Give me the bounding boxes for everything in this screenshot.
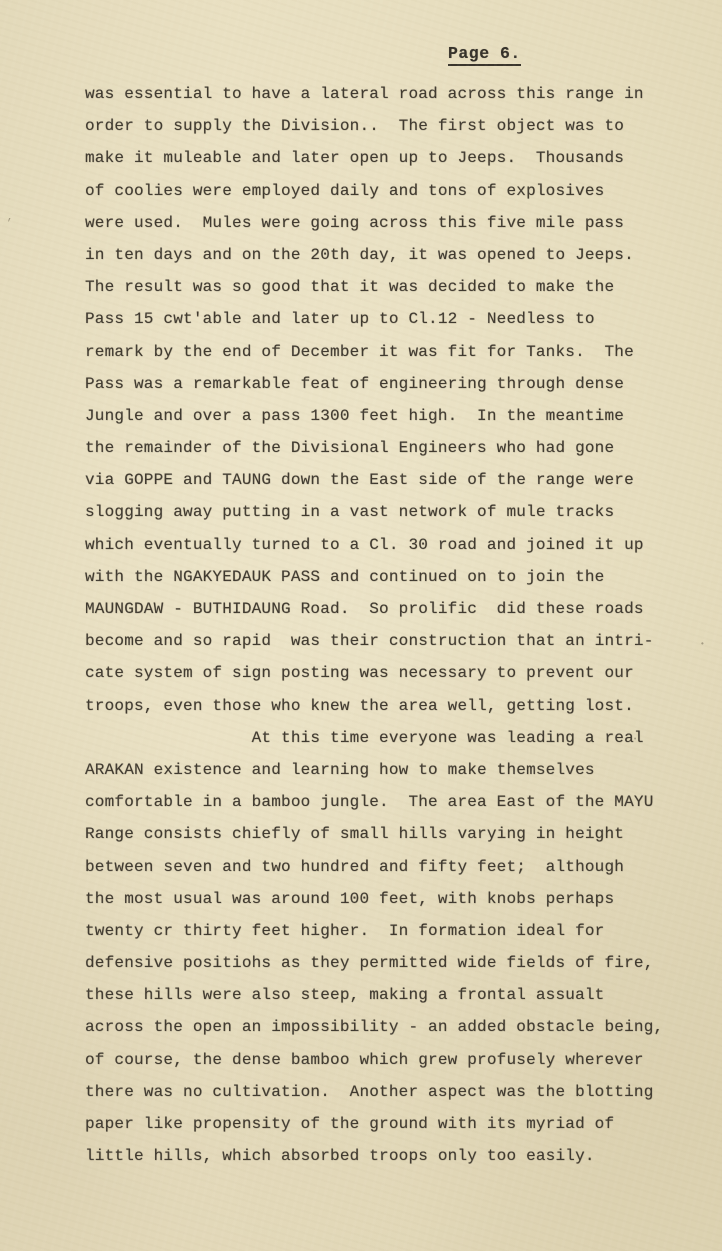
text-line: MAUNGDAW - BUTHIDAUNG Road. So prolific … (85, 593, 685, 625)
text-line: little hills, which absorbed troops only… (85, 1140, 685, 1172)
text-line: were used. Mules were going across this … (85, 207, 685, 239)
text-line: in ten days and on the 20th day, it was … (85, 239, 685, 271)
text-line: twenty cr thirty feet higher. In formati… (85, 915, 685, 947)
text-line: between seven and two hundred and fifty … (85, 851, 685, 883)
text-line: Jungle and over a pass 1300 feet high. I… (85, 400, 685, 432)
text-line: comfortable in a bamboo jungle. The area… (85, 786, 685, 818)
text-line: cate system of sign posting was necessar… (85, 657, 685, 689)
document-body: was essential to have a lateral road acr… (85, 78, 685, 1172)
text-line: Pass was a remarkable feat of engineerin… (85, 368, 685, 400)
text-line: Range consists chiefly of small hills va… (85, 818, 685, 850)
text-line: defensive positiohs as they permitted wi… (85, 947, 685, 979)
paper-speck: • (700, 640, 705, 649)
text-line: become and so rapid was their constructi… (85, 625, 685, 657)
text-line: which eventually turned to a Cl. 30 road… (85, 529, 685, 561)
text-line: At this time everyone was leading a real (85, 722, 685, 754)
text-line: The result was so good that it was decid… (85, 271, 685, 303)
text-line: make it muleable and later open up to Je… (85, 142, 685, 174)
page-header: Page 6. (448, 44, 521, 66)
text-line: remark by the end of December it was fit… (85, 336, 685, 368)
text-line: slogging away putting in a vast network … (85, 496, 685, 528)
text-line: ARAKAN existence and learning how to mak… (85, 754, 685, 786)
text-line: the most usual was around 100 feet, with… (85, 883, 685, 915)
text-line: paper like propensity of the ground with… (85, 1108, 685, 1140)
text-line: order to supply the Division.. The first… (85, 110, 685, 142)
paper-speck: ’ (6, 218, 13, 230)
text-line: Pass 15 cwt'able and later up to Cl.12 -… (85, 303, 685, 335)
text-line: troops, even those who knew the area wel… (85, 690, 685, 722)
document-page: Page 6. was essential to have a lateral … (0, 0, 722, 1251)
text-line: was essential to have a lateral road acr… (85, 78, 685, 110)
text-line: these hills were also steep, making a fr… (85, 979, 685, 1011)
text-line: across the open an impossibility - an ad… (85, 1011, 685, 1043)
text-line: of course, the dense bamboo which grew p… (85, 1044, 685, 1076)
text-line: the remainder of the Divisional Engineer… (85, 432, 685, 464)
text-line: there was no cultivation. Another aspect… (85, 1076, 685, 1108)
text-line: via GOPPE and TAUNG down the East side o… (85, 464, 685, 496)
text-line: of coolies were employed daily and tons … (85, 175, 685, 207)
paper-speck: • (633, 736, 637, 744)
text-line: with the NGAKYEDAUK PASS and continued o… (85, 561, 685, 593)
